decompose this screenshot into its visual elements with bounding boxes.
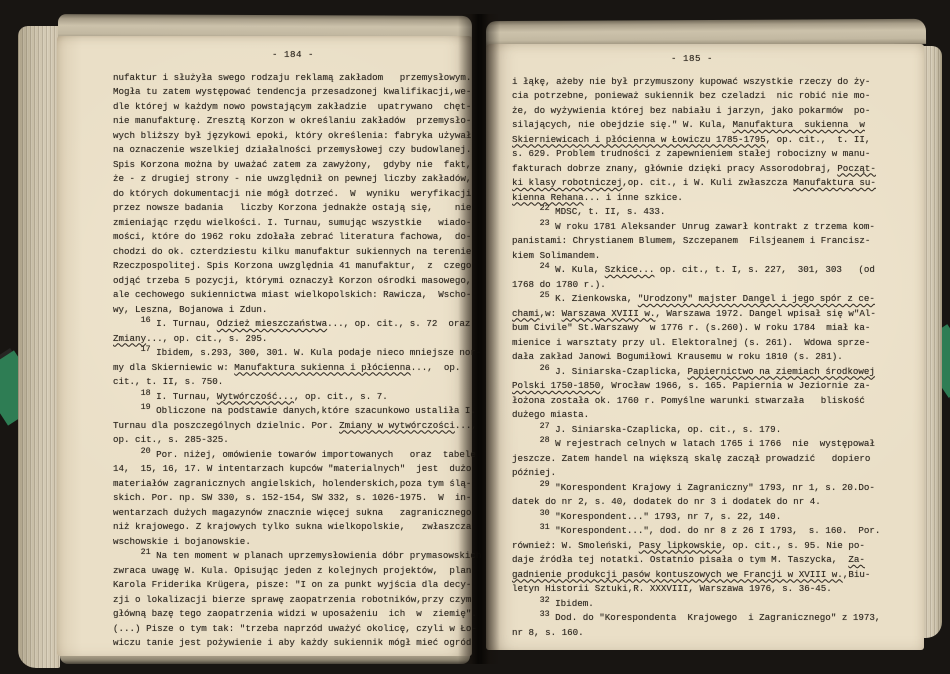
text-line: że, do wyżywienia której bez nabiału i j…	[512, 104, 872, 119]
text-line: panistami: Chrystianem Blumem, Szczepane…	[512, 234, 872, 249]
text-line: mienice i warsztaty przy ul. Elektoralne…	[512, 336, 872, 351]
text-line: s. 629. Problem trudności z zapewnieniem…	[512, 147, 872, 162]
text-line: wentarzach dużych magazynów znacznie wię…	[113, 506, 473, 521]
text-line: mości, które do 1962 roku zdołała zebrać…	[113, 230, 473, 245]
text-line: 24 W. Kula, Szkice... op. cit., t. I, s.…	[512, 263, 872, 278]
text-line: wy, Leszna, Bojanowa i Zdun.	[113, 303, 473, 318]
text-line: główną bazę tego zaopatrzenia widzi w up…	[113, 607, 473, 622]
page-edges-left	[18, 26, 60, 668]
text-line: nufaktur i służyła swego rodzaju reklamą…	[113, 71, 473, 86]
text-line: dużego miasta.	[512, 408, 872, 423]
text-line: Polski 1750-1850, Wrocław 1966, s. 165. …	[512, 379, 872, 394]
text-line: wschowskie i bojanowskie.	[113, 535, 473, 550]
page-184-text: nufaktur i służyła swego rodzaju reklamą…	[113, 71, 473, 651]
text-line: 20 Por. niżej, omówienie towarów importo…	[113, 448, 473, 463]
text-line: zmieniając rzędu wielkości. I. Turnau, s…	[113, 216, 473, 231]
text-line: daje źródła tej notatki. Ostatnio pisała…	[512, 553, 872, 568]
text-line: wych bliższy był językowi epoki, który o…	[113, 129, 473, 144]
text-line: 16 I. Turnau, Odzież mieszczaństwa..., o…	[113, 317, 473, 332]
text-line: 27 J. Siniarska-Czaplicka, op. cit., s. …	[512, 423, 872, 438]
text-line: 21 Na ten moment w planach uprzemysłowie…	[113, 549, 473, 564]
page-number-left: - 184 -	[113, 48, 473, 63]
text-line: 32 Ibidem.	[512, 597, 872, 612]
text-line: jeszcze. Zatem handel na większą skalę z…	[512, 452, 872, 467]
text-line: chami,w: Warszawa XVIII w., Warszawa 197…	[512, 307, 872, 322]
text-line: łożona została ok. 1760 r. Pomyślne waru…	[512, 394, 872, 409]
text-line: 1768 do 1780 r.).	[512, 278, 872, 293]
text-line: cia potrzebne, ponieważ sukiennik bez cz…	[512, 89, 872, 104]
text-line: cit., t. II, s. 750.	[113, 375, 473, 390]
text-line: nie manufakturę. Zresztą Korzon w określ…	[113, 114, 473, 129]
text-line: niż krajowego. Z krajowych tylko sukna w…	[113, 520, 473, 535]
text-line: odjąć trzeba 5 pozycji, którymi oznaczył…	[113, 274, 473, 289]
text-line: dała zakład Janowi Bogumiłowi Krausemu w…	[512, 350, 872, 365]
text-line: że - z drugiej strony - nie uwzględnił o…	[113, 172, 473, 187]
text-line: do których dokumentacji nie mógł dotrzeć…	[113, 187, 473, 202]
text-line: i łąkę, ażeby nie był przymuszony kupowa…	[512, 75, 872, 90]
text-line: kienna Rehana... i inne szkice.	[512, 191, 872, 206]
text-line: Zmiany..., op. cit., s. 295.	[113, 332, 473, 347]
text-line: Rzeczpospolitej. Spis Korzona uwzględnia…	[113, 259, 473, 274]
text-line: Spis Korzona można by uważać zatem za za…	[113, 158, 473, 173]
text-line: przez nowsze badania liczby Korzona jedn…	[113, 201, 473, 216]
text-line: 30 "Korespondent..." 1793, nr 7, s. 22, …	[512, 510, 872, 525]
text-line: 25 K. Zienkowska, "Urodzony" majster Dan…	[512, 292, 872, 307]
text-line: wiczu tanie jest pożywienie i aby każdy …	[113, 636, 473, 651]
text-line: 14, 15, 16, 17. W intentarzach kupców "m…	[113, 462, 473, 477]
text-line: letyn Historii Sztuki,R. XXXVIII, Warsza…	[512, 582, 872, 597]
text-line: 29 "Korespondent Krajowy i Zagraniczny" …	[512, 481, 872, 496]
text-line: datek do nr 2, s. 40, dodatek do nr 3 i …	[512, 495, 872, 510]
text-line: materiałów zagranicznych angielskich, ho…	[113, 477, 473, 492]
page-185-text-block: - 185 - i łąkę, ażeby nie był przymuszon…	[512, 52, 872, 640]
text-line: 22 MDSC, t. II, s. 433.	[512, 205, 872, 220]
text-line: Karola Friderika Krügera, pisze: "I on z…	[113, 578, 473, 593]
text-line: silających, nie obejdzie się." W. Kula, …	[512, 118, 872, 133]
text-line: 19 Obliczone na podstawie danych,które s…	[113, 404, 473, 419]
text-line: chodzi do ok. czterdziestu kilku manufak…	[113, 245, 473, 260]
page-edges-top-right	[486, 19, 926, 46]
page-185-text: i łąkę, ażeby nie był przymuszony kupowa…	[512, 75, 872, 641]
text-line: kiem Solimandem.	[512, 249, 872, 264]
text-line: dle której w każdym nowo powstającym zak…	[113, 100, 473, 115]
text-line: 18 I. Turnau, Wytwórczość..., op. cit., …	[113, 390, 473, 405]
text-line: Turnau dla poszczególnych dzielnic. Por.…	[113, 419, 473, 434]
text-line: 31 "Korespondent...", dod. do nr 8 z 26 …	[512, 524, 872, 539]
text-line: gadnienie produkcji pasów kontuszowych w…	[512, 568, 872, 583]
page-184-text-block: - 184 - nufaktur i służyła swego rodzaju…	[113, 48, 473, 651]
text-line: 28 W rejestrach celnych w latach 1765 i …	[512, 437, 872, 452]
text-line: ki klasy robotniczej,op. cit., i W. Kuli…	[512, 176, 872, 191]
text-line: fakturach dobrze znany, głównie dzięki p…	[512, 162, 872, 177]
text-line: Mogła tu zatem występować tendencja prze…	[113, 85, 473, 100]
text-line: ale cechowego sukiennictwa miast wielkop…	[113, 288, 473, 303]
text-line: również: W. Smoleński, Pasy lipkowskie, …	[512, 539, 872, 554]
text-line: skich. Por. np. SW 330, s. 152-154, SW 3…	[113, 491, 473, 506]
text-line: później.	[512, 466, 872, 481]
page-edges-right	[922, 46, 942, 638]
page-184: - 184 - nufaktur i służyła swego rodzaju…	[57, 36, 472, 656]
text-line: 33 Dod. do "Korespondenta Krajowego i Za…	[512, 611, 872, 626]
text-line: na oznaczenie wszelkiej działalności prz…	[113, 143, 473, 158]
text-line: bum Civile" St.Warszawy w 1776 r. (s.260…	[512, 321, 872, 336]
text-line: Skierniewicach i płócienna w Łowiczu 178…	[512, 133, 872, 148]
photo-background: - 184 - nufaktur i służyła swego rodzaju…	[0, 0, 950, 674]
text-line: 23 W roku 1781 Aleksander Unrug zawarł k…	[512, 220, 872, 235]
text-line: op. cit., s. 285-325.	[113, 433, 473, 448]
text-line: my dla Skierniewic w: Manufaktura sukien…	[113, 361, 473, 376]
open-book: - 184 - nufaktur i służyła swego rodzaju…	[0, 0, 950, 674]
text-line: zwraca uwagę W. Kula. Opisując jeden z k…	[113, 564, 473, 579]
text-line: 26 J. Siniarska-Czaplicka, Papiernictwo …	[512, 365, 872, 380]
text-line: zji o lokalizacji bierze sprawę zaopatrz…	[113, 593, 473, 608]
page-number-right: - 185 -	[512, 52, 872, 67]
text-line: (...) Pisze o tym tak: "trzeba naprzód u…	[113, 622, 473, 637]
text-line: nr 8, s. 160.	[512, 626, 872, 641]
page-185: - 185 - i łąkę, ażeby nie był przymuszon…	[486, 44, 924, 650]
text-line: 17 Ibidem, s.293, 300, 301. W. Kula poda…	[113, 346, 473, 361]
